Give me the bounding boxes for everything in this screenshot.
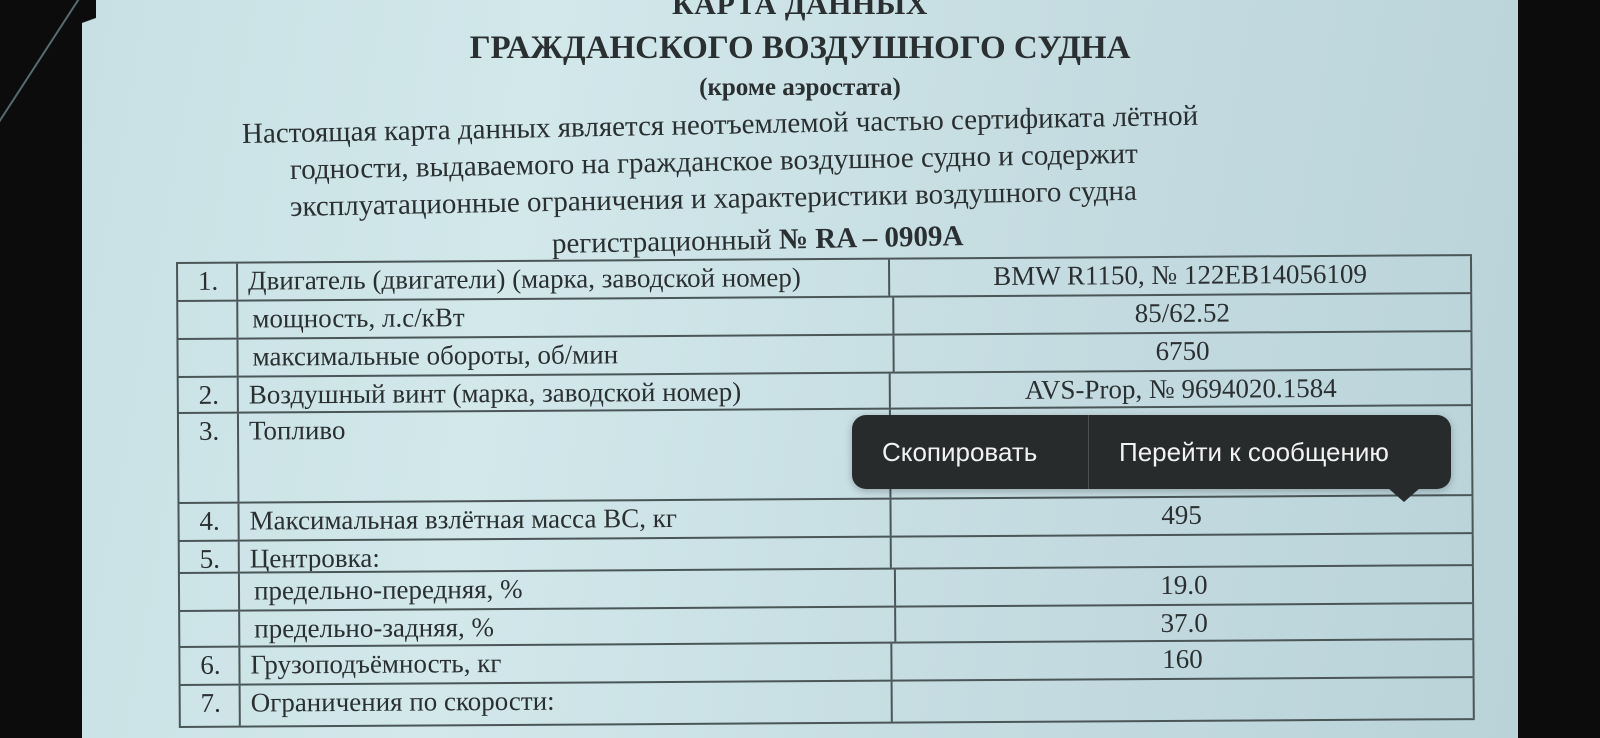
row-number: 4. bbox=[177, 504, 239, 540]
row-label: Топливо bbox=[239, 410, 892, 502]
row-number: 1. bbox=[176, 264, 238, 300]
table-row: 7.Ограничения по скорости: bbox=[179, 678, 1475, 728]
row-number bbox=[178, 612, 240, 646]
row-number: 3. bbox=[177, 414, 240, 502]
row-number: 7. bbox=[179, 686, 241, 726]
aircraft-data-table: 1.Двигатель (двигатели) (марка, заводско… bbox=[176, 254, 1475, 728]
context-menu: Скопировать Перейти к сообщению bbox=[852, 415, 1451, 489]
row-value: AVS-Prop, № 9694020.1584 bbox=[891, 370, 1473, 408]
document-title-line1: КАРТА ДАННЫХ bbox=[0, 0, 1600, 22]
document-title-line2: ГРАЖДАНСКОГО ВОЗДУШНОГО СУДНА bbox=[0, 30, 1600, 67]
row-label: максимальные обороты, об/мин bbox=[238, 336, 894, 376]
row-label: Воздушный винт (марка, заводской номер) bbox=[239, 374, 891, 412]
row-label: мощность, л.с/кВт bbox=[238, 298, 894, 338]
row-label: предельно-задняя, % bbox=[240, 608, 896, 646]
row-value: 6750 bbox=[894, 332, 1472, 372]
row-label: Ограничения по скорости: bbox=[241, 682, 893, 726]
row-label: предельно-передняя, % bbox=[240, 570, 896, 610]
document-subtitle: (кроме аэростата) bbox=[0, 74, 1600, 102]
row-value bbox=[893, 678, 1475, 722]
row-value: 160 bbox=[892, 640, 1474, 680]
row-number: 2. bbox=[177, 378, 239, 412]
row-label: Максимальная взлётная масса ВС, кг bbox=[239, 500, 891, 540]
row-value bbox=[892, 534, 1474, 568]
row-value: 37.0 bbox=[896, 604, 1474, 642]
row-value: 495 bbox=[891, 496, 1473, 536]
row-value: 85/62.52 bbox=[894, 294, 1472, 334]
registration-number: № RA – 0909A bbox=[779, 220, 964, 256]
row-value: 19.0 bbox=[896, 566, 1474, 606]
row-label: Центровка: bbox=[240, 538, 892, 572]
row-label: Грузоподъёмность, кг bbox=[240, 644, 892, 684]
registration-prefix: регистрационный bbox=[552, 224, 779, 260]
row-number: 6. bbox=[178, 648, 240, 684]
row-value: BMW R1150, № 122EB14056109 bbox=[890, 256, 1472, 296]
row-number bbox=[176, 302, 238, 338]
row-number: 5. bbox=[178, 542, 240, 572]
row-number bbox=[176, 340, 238, 376]
go-to-message-button[interactable]: Перейти к сообщению bbox=[1089, 415, 1389, 489]
context-menu-pointer bbox=[1388, 488, 1420, 502]
row-label: Двигатель (двигатели) (марка, заводской … bbox=[238, 260, 890, 300]
copy-button[interactable]: Скопировать bbox=[852, 415, 1088, 489]
row-number bbox=[178, 574, 240, 610]
